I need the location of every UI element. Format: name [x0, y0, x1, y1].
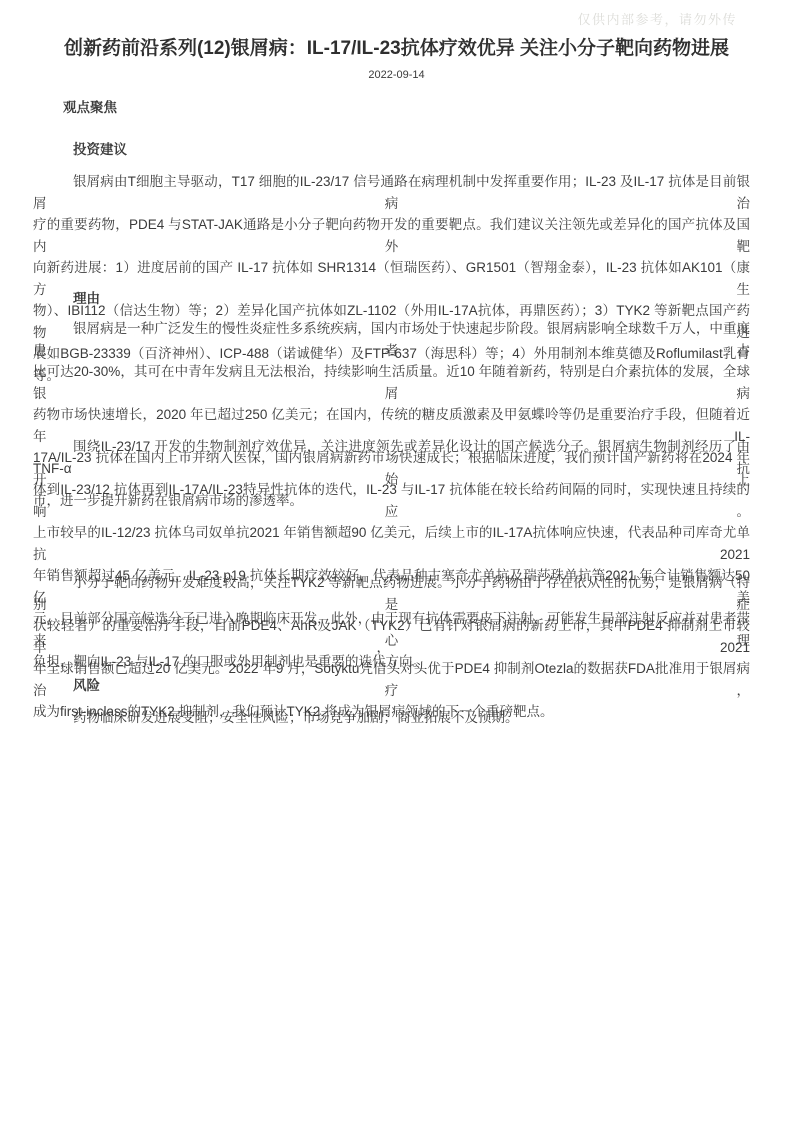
section-heading-viewpoint: 观点聚焦	[63, 96, 117, 116]
paragraph-line: 上市较早的IL-12/23 抗体乌司奴单抗2021 年销售额超90 亿美元，后续…	[33, 522, 750, 565]
paragraph-line: 药物临床研发进展受阻；安全性风险；市场竞争加剧；商业拓展不及预期。	[33, 707, 750, 729]
paragraph-line: 状较轻者）的重要治疗手段，目前PDE4、AhR及JAK（TYK2）已有针对银屑病…	[33, 615, 750, 658]
page-title: 创新药前沿系列(12)银屑病：IL-17/IL-23抗体疗效优异 关注小分子靶向…	[0, 33, 793, 60]
confidential-watermark: 仅供内部参考，请勿外传	[577, 9, 737, 28]
paragraph-line: 银屑病是一种广泛发生的慢性炎症性多系统疾病，国内市场处于快速起步阶段。银屑病影响…	[33, 318, 750, 361]
paragraph-line: 体到IL-23/12 抗体再到IL-17A/IL-23特异性抗体的迭代，IL-2…	[33, 479, 750, 522]
document-page: 仅供内部参考，请勿外传 创新药前沿系列(12)银屑病：IL-17/IL-23抗体…	[0, 0, 793, 1122]
section-heading-risk: 风险	[73, 674, 100, 694]
report-date: 2022-09-14	[0, 69, 793, 81]
paragraph-line: 小分子靶向药物开发难度较高，关注TYK2 等新靶点药物进展。小分子药物由于存在依…	[33, 572, 750, 615]
paragraph-line: 疗的重要药物，PDE4 与STAT-JAK通路是小分子靶向药物开发的重要靶点。我…	[33, 214, 750, 257]
paragraph-line: 年全球销售额已超过20 亿美元。2022 年9 月，Sotyktu凭借头对头优于…	[33, 658, 750, 701]
paragraph-line: 比可达20-30%，其可在中青年发病且无法根治，持续影响生活质量。近10 年随着…	[33, 361, 750, 404]
paragraph-line: 围绕IL-23/17 开发的生物制剂疗效优异，关注进度领先或差异化设计的国产候选…	[33, 436, 750, 479]
section-heading-reason: 理由	[73, 287, 100, 307]
paragraph-line: 银屑病由T细胞主导驱动，T17 细胞的IL-23/17 信号通路在病理机制中发挥…	[33, 171, 750, 214]
paragraph-line: 向新药进展：1）进度居前的国产 IL-17 抗体如 SHR1314（恒瑞医药）、…	[33, 257, 750, 300]
paragraph-reason-small-molecule: 小分子靶向药物开发难度较高，关注TYK2 等新靶点药物进展。小分子药物由于存在依…	[33, 572, 750, 723]
paragraph-risk: 药物临床研发进展受阻；安全性风险；市场竞争加剧；商业拓展不及预期。	[33, 707, 750, 729]
section-heading-investment: 投资建议	[73, 138, 127, 158]
